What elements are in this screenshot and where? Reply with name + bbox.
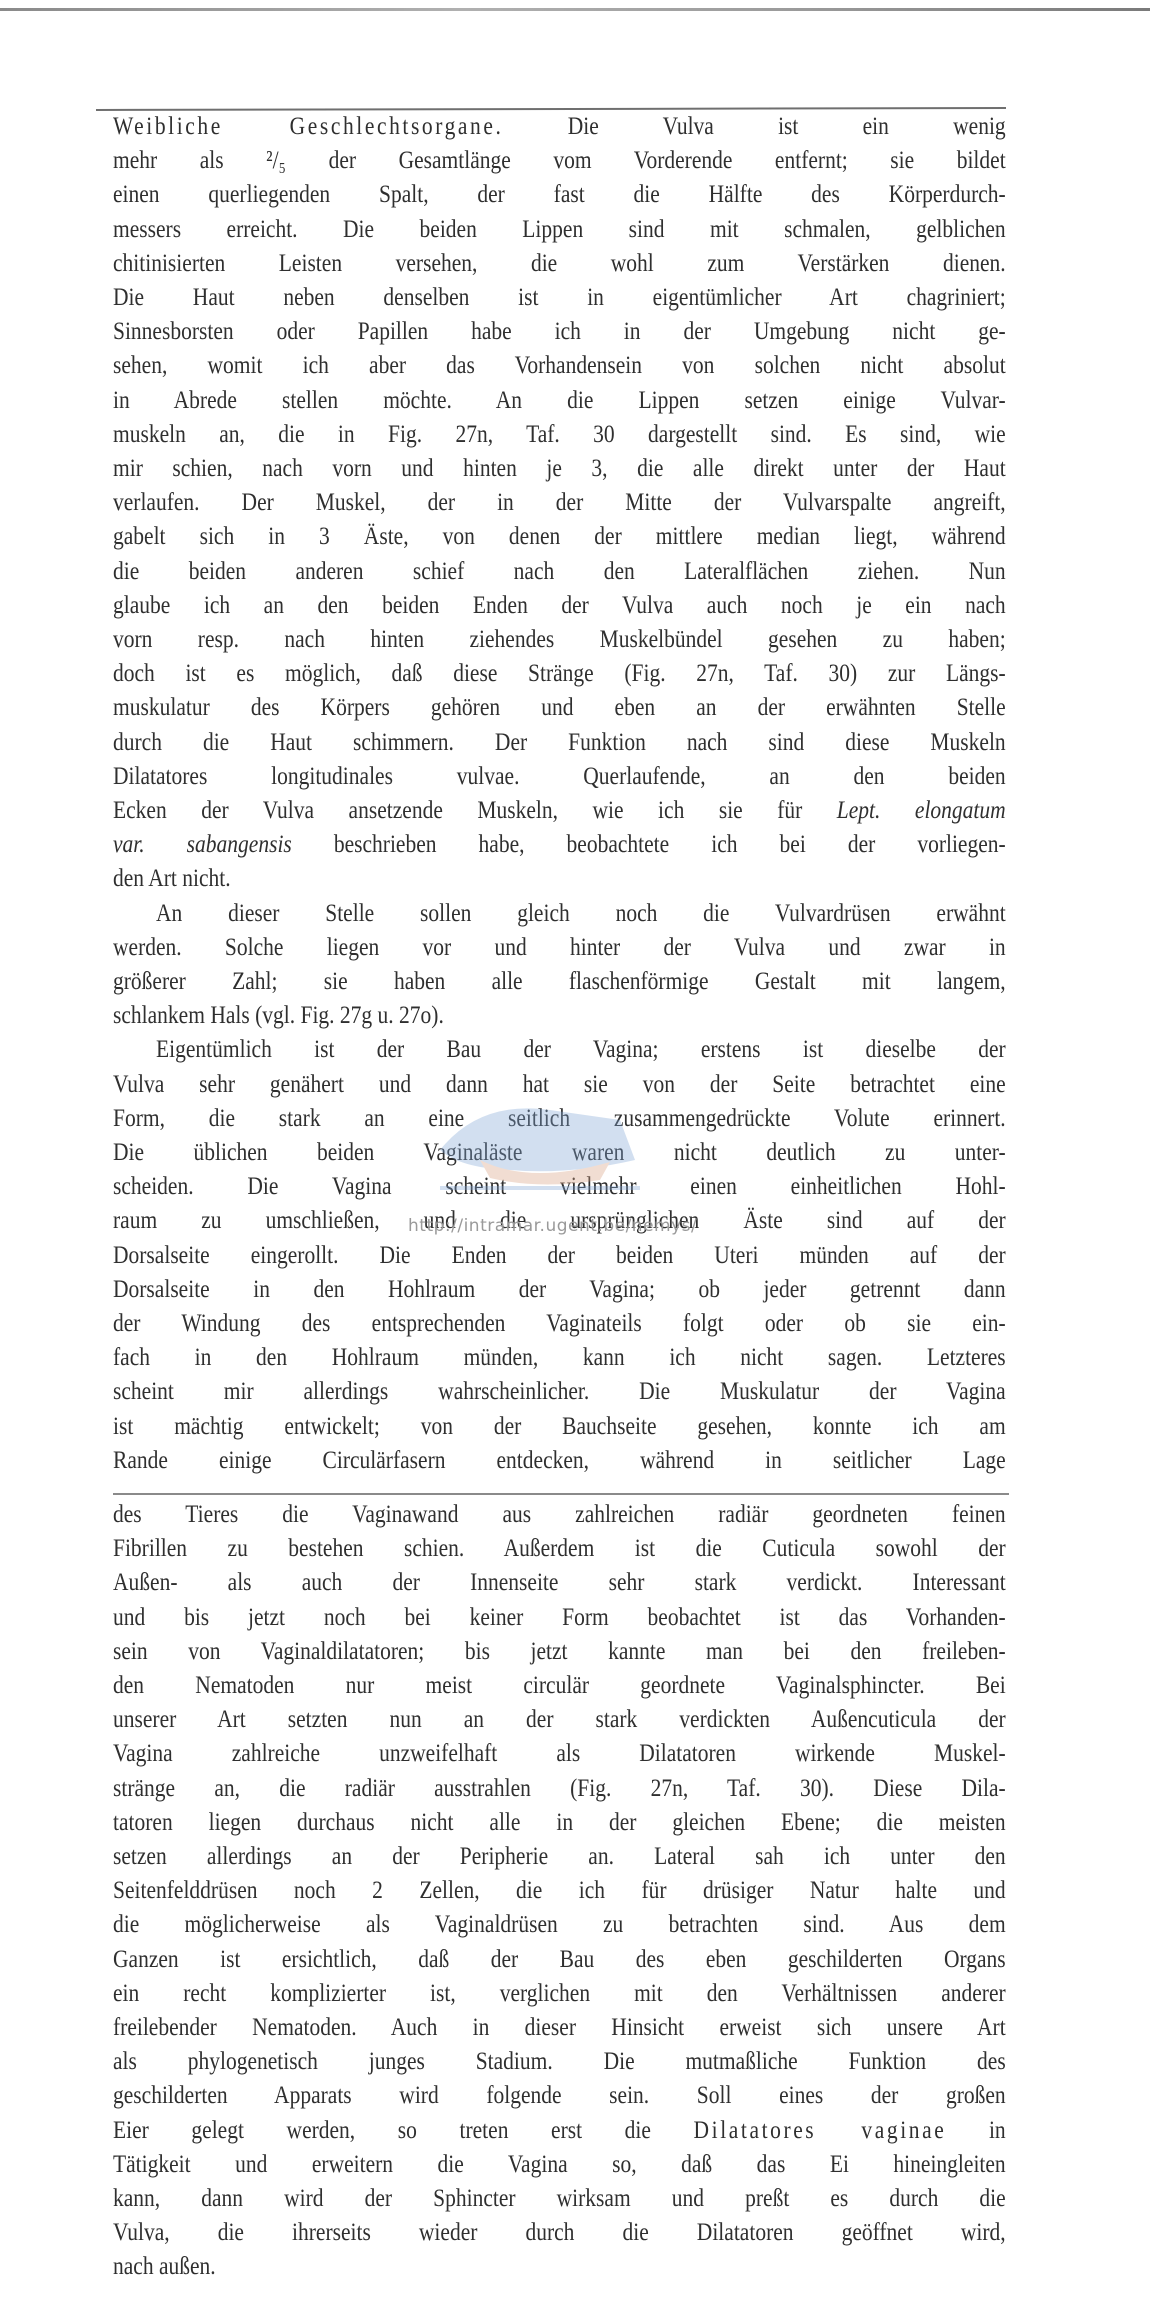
text-line: Fibrillen zu bestehen schien. Außerdem i… bbox=[113, 1534, 1006, 1564]
text-line: tatoren liegen durchaus nicht alle in de… bbox=[113, 1808, 1006, 1838]
text-line: den Nematoden nur meist circulär geordne… bbox=[113, 1671, 1006, 1701]
text-line: in Abrede stellen möchte. An die Lippen … bbox=[113, 386, 1006, 416]
document-page: Weibliche Geschlechtsorgane. Die Vulva i… bbox=[0, 0, 1150, 2319]
scan-top-edge bbox=[0, 8, 1150, 11]
text-line: Dorsalseite eingerollt. Die Enden der be… bbox=[113, 1241, 1006, 1271]
text-line: Außen- als auch der Innenseite sehr star… bbox=[113, 1568, 1006, 1598]
text-line: Eigentümlich ist der Bau der Vagina; ers… bbox=[113, 1035, 1006, 1065]
page-break-rule bbox=[113, 1493, 1009, 1495]
text-line: Eier gelegt werden, so treten erst die D… bbox=[113, 2116, 1006, 2146]
text-line: werden. Solche liegen vor und hinter der… bbox=[113, 933, 1006, 963]
text-line: Ganzen ist ersichtlich, daß der Bau des … bbox=[113, 1945, 1006, 1975]
text-line: Dorsalseite in den Hohlraum der Vagina; … bbox=[113, 1275, 1006, 1305]
text-line: des Tieres die Vaginawand aus zahlreiche… bbox=[113, 1500, 1006, 1530]
text-line: Rande einige Circulärfasern entdecken, w… bbox=[113, 1446, 1006, 1476]
text-line: ist mächtig entwickelt; von der Bauchsei… bbox=[113, 1412, 1006, 1442]
text-line: setzen allerdings an der Peripherie an. … bbox=[113, 1842, 1006, 1872]
text-line: chitinisierten Leisten versehen, die woh… bbox=[113, 249, 1006, 279]
text-line: unserer Art setzten nun an der stark ver… bbox=[113, 1705, 1006, 1735]
text-line: Die Haut neben denselben ist in eigentüm… bbox=[113, 283, 1006, 313]
text-line: freilebender Nematoden. Auch in dieser H… bbox=[113, 2013, 1006, 2043]
text-line: ein recht komplizierter ist, verglichen … bbox=[113, 1979, 1006, 2009]
text-line: vorn resp. nach hinten ziehendes Muskelb… bbox=[113, 625, 1006, 655]
text-line: einen querliegenden Spalt, der fast die … bbox=[113, 180, 1006, 210]
text-line: Dilatatores longitudinales vulvae. Querl… bbox=[113, 762, 1006, 792]
text-line: und bis jetzt noch bei keiner Form beoba… bbox=[113, 1603, 1006, 1633]
text-line: fach in den Hohlraum münden, kann ich ni… bbox=[113, 1343, 1006, 1373]
text-line: schlankem Hals (vgl. Fig. 27g u. 27o). bbox=[113, 1001, 1006, 1031]
text-line: die beiden anderen schief nach den Later… bbox=[113, 557, 1006, 587]
text-line: Ecken der Vulva ansetzende Muskeln, wie … bbox=[113, 796, 1006, 826]
text-line: mir schien, nach vorn und hinten je 3, d… bbox=[113, 454, 1006, 484]
text-line: Tätigkeit und erweitern die Vagina so, d… bbox=[113, 2150, 1006, 2180]
text-line: doch ist es möglich, daß diese Stränge (… bbox=[113, 659, 1006, 689]
text-line: gabelt sich in 3 Äste, von denen der mit… bbox=[113, 522, 1006, 552]
text-line: scheint mir allerdings wahrscheinlicher.… bbox=[113, 1377, 1006, 1407]
text-line: mehr als ²/₅ der Gesamtlänge vom Vordere… bbox=[113, 146, 1006, 176]
text-line: geschilderten Apparats wird folgende sei… bbox=[113, 2081, 1006, 2111]
text-line: messers erreicht. Die beiden Lippen sind… bbox=[113, 215, 1006, 245]
text-line: der Windung des entsprechenden Vaginatei… bbox=[113, 1309, 1006, 1339]
text-line: Sinnesborsten oder Papillen habe ich in … bbox=[113, 317, 1006, 347]
watermark-url: http://intramar.ugent.be/nemys/ bbox=[408, 1216, 697, 1236]
text-line: kann, dann wird der Sphincter wirksam un… bbox=[113, 2184, 1006, 2214]
text-line: verlaufen. Der Muskel, der in der Mitte … bbox=[113, 488, 1006, 518]
text-line: größerer Zahl; sie haben alle flaschenfö… bbox=[113, 967, 1006, 997]
text-line: Vulva, die ihrerseits wieder durch die D… bbox=[113, 2218, 1006, 2248]
text-line: muskeln an, die in Fig. 27n, Taf. 30 dar… bbox=[113, 420, 1006, 450]
text-line: durch die Haut schimmern. Der Funktion n… bbox=[113, 728, 1006, 758]
text-line: Vagina zahlreiche unzweifelhaft als Dila… bbox=[113, 1739, 1006, 1769]
text-line: als phylogenetisch junges Stadium. Die m… bbox=[113, 2047, 1006, 2077]
text-line: muskulatur des Körpers gehören und eben … bbox=[113, 693, 1006, 723]
text-line: var. sabangensis beschrieben habe, beoba… bbox=[113, 830, 1006, 860]
header-rule bbox=[96, 107, 1006, 111]
text-line: nach außen. bbox=[113, 2252, 1006, 2282]
text-line: An dieser Stelle sollen gleich noch die … bbox=[113, 899, 1006, 929]
text-line: stränge an, die radiär ausstrahlen (Fig.… bbox=[113, 1774, 1006, 1804]
text-line: Seitenfelddrüsen noch 2 Zellen, die ich … bbox=[113, 1876, 1006, 1906]
text-line: glaube ich an den beiden Enden der Vulva… bbox=[113, 591, 1006, 621]
watermark-logo-icon bbox=[420, 1090, 660, 1200]
text-line: Weibliche Geschlechtsorgane. Die Vulva i… bbox=[113, 112, 1006, 142]
text-line: sehen, womit ich aber das Vorhandensein … bbox=[113, 351, 1006, 381]
text-line: sein von Vaginaldilatatoren; bis jetzt k… bbox=[113, 1637, 1006, 1667]
text-line: die möglicherweise als Vaginaldrüsen zu … bbox=[113, 1910, 1006, 1940]
text-line: den Art nicht. bbox=[113, 864, 1006, 894]
